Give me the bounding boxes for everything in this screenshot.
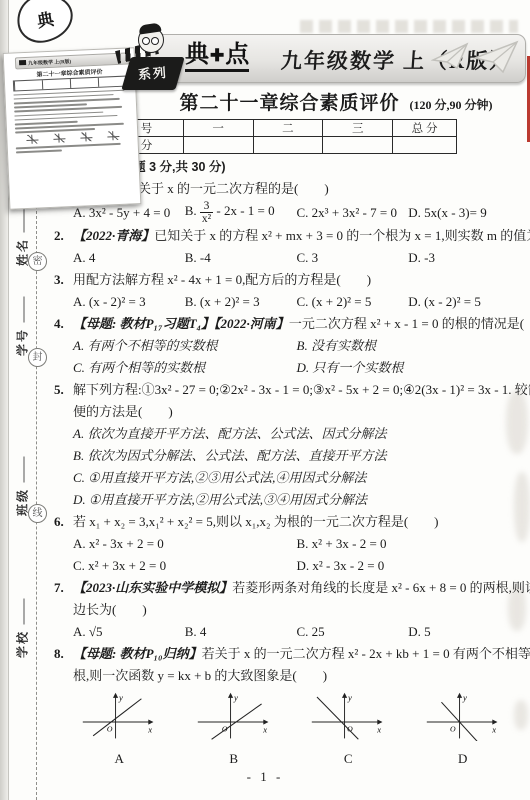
svg-text:O: O [347, 725, 353, 734]
source-tag: 【母题: 教材P₁₇习题T₄】【2022·河南】 [73, 316, 289, 331]
seal-char-xian: 线 [28, 504, 47, 523]
option-d: D. 5x(x - 3)= 9 [408, 202, 520, 224]
graph-d: y x O [406, 691, 521, 748]
option-c: C. x² + 3x + 2 = 0 [73, 555, 297, 577]
svg-text:y: y [233, 693, 238, 703]
question-stem: 2.【2022·青海】已知关于 x 的方程 x² + mx + 3 = 0 的一… [54, 225, 520, 247]
option-a: A. 依次为直接开平方法、配方法、公式法、因式分解法 [54, 423, 520, 445]
options-row: A. √5 B. 4 C. 25 D. 5 [54, 621, 520, 643]
seal-char-mi: 密 [28, 252, 47, 271]
option-c: C. (x + 2)² = 5 [297, 291, 409, 313]
question-5: 5.解下列方程:①3x² - 27 = 0;②2x² - 3x - 1 = 0;… [54, 379, 520, 511]
brand-logo: 典 ✚ 点 [185, 43, 249, 72]
graph-labels-row: A B C D [54, 748, 520, 770]
option-b: B. -4 [185, 247, 297, 269]
source-tag: 【2023·山东实验中学模拟】 [73, 580, 232, 595]
option-c: C. ①用直接开平方法,②③用公式法,④用因式分解法 [54, 467, 520, 489]
options-row: A. x² - 3x + 2 = 0 B. x² + 3x - 2 = 0 [54, 533, 520, 555]
exam-page: 姓名 学号 班级 学校 密 封 线 典 ✚ 点 九年级数学 上（R版） 系列 第… [0, 0, 530, 800]
option-b: B. 依次为因式分解法、公式法、配方法、直接开平方法 [54, 445, 520, 467]
svg-text:y: y [347, 693, 352, 703]
question-stem: 6.若 x₁ + x₂ = 3,x₁² + x₂² = 5,则以 x₁,x₂ 为… [54, 511, 520, 533]
option-a: A. 有两个不相等的实数根 [73, 335, 297, 357]
brand-char-dot: 点 [225, 43, 249, 67]
option-a: A. 4 [73, 247, 185, 269]
score-table: 题 号 一 二 三 总 分 得 分 [95, 119, 457, 154]
svg-text:x: x [491, 725, 496, 735]
graph-a: y x O [62, 691, 177, 748]
question-2: 2.【2022·青海】已知关于 x 的方程 x² + mx + 3 = 0 的一… [54, 225, 520, 269]
ink-bleed-artifact [300, 20, 518, 33]
score-empty-cell [323, 137, 393, 154]
svg-text:x: x [377, 725, 382, 735]
option-b: B. 3x² - 2x - 1 = 0 [185, 200, 297, 225]
brand-cross-icon: ✚ [210, 47, 224, 64]
options-row: A. (x - 2)² = 3 B. (x + 2)² = 3 C. (x + … [54, 291, 520, 313]
option-a: A. √5 [73, 621, 185, 643]
margin-label-class: 班级 [14, 457, 31, 517]
option-b: B. (x + 2)² = 3 [185, 291, 297, 313]
chapter-title: 第二十一章综合素质评价 [179, 93, 399, 114]
graph-c: y x O [291, 691, 406, 748]
score-header-cell: 三 [323, 120, 393, 137]
option-d: D. 只有一个实数根 [297, 357, 521, 379]
page-thumbnail: 九年级数学 上(R版) 第二十一章综合素质评价 [3, 47, 142, 210]
option-c: C. 3 [297, 247, 409, 269]
score-empty-cell [253, 137, 323, 154]
option-d: D. -3 [408, 247, 520, 269]
score-empty-cell [183, 137, 253, 154]
binding-dashed-line [36, 206, 37, 800]
mascot-face-icon [138, 27, 164, 53]
options-row: C. 有两个相等的实数根 D. 只有一个实数根 [54, 357, 520, 379]
option-c: C. 25 [297, 621, 409, 643]
graph-b: y x O [177, 691, 292, 748]
option-a: A. x² - 3x + 2 = 0 [73, 533, 297, 555]
option-c: C. 有两个相等的实数根 [73, 357, 297, 379]
score-header-cell: 二 [253, 120, 323, 137]
question-8: 8.【母题: 教材P₁₀归纳】若关于 x 的一元二次方程 x² - 2x + k… [54, 643, 520, 770]
svg-text:O: O [222, 725, 228, 734]
question-stem: 7.【2023·山东实验中学模拟】若菱形两条对角线的长度是 x² - 6x + … [54, 577, 520, 599]
svg-text:y: y [462, 693, 467, 703]
question-stem: 4.【母题: 教材P₁₇习题T₄】【2022·河南】一元二次方程 x² + x … [54, 313, 520, 335]
margin-label-school: 学校 [14, 599, 31, 659]
paper-plane-icon [473, 38, 519, 78]
svg-text:x: x [148, 725, 153, 735]
question-3: 3.用配方法解方程 x² - 4x + 1 = 0,配方后的方程是( ) A. … [54, 269, 520, 313]
option-a: A. (x - 2)² = 3 [73, 291, 185, 313]
chapter-title-row: 第二十一章综合素质评价 (120 分,90 分钟) [150, 88, 522, 115]
options-row: A. 有两个不相等的实数根 B. 没有实数根 [54, 335, 520, 357]
mascot-speech-bubble: 典 [13, 0, 76, 46]
graph-label-a: A [62, 748, 177, 770]
options-row: C. x² + 3x + 2 = 0 D. x² - 3x - 2 = 0 [54, 555, 520, 577]
question-stem: 5.解下列方程:①3x² - 27 = 0;②2x² - 3x - 1 = 0;… [54, 379, 520, 401]
question-6: 6.若 x₁ + x₂ = 3,x₁² + x₂² = 5,则以 x₁,x₂ 为… [54, 511, 520, 577]
svg-text:O: O [450, 725, 456, 734]
svg-text:y: y [118, 693, 123, 703]
brand-char-dian: 典 [185, 43, 209, 67]
question-area: 一、选择题(每题 3 分,共 30 分) 1.下列方程是关于 x 的一元二次方程… [54, 156, 520, 770]
chapter-title-meta: (120 分,90 分钟) [410, 98, 493, 112]
paper-plane-icon [431, 38, 471, 78]
series-badge: 系列 [121, 57, 184, 90]
graph-label-b: B [177, 748, 292, 770]
margin-label-student-id: 学号 [14, 297, 31, 357]
paper-plane-icons [431, 38, 519, 78]
option-d: D. ①用直接开平方法,②用公式法,③④用因式分解法 [54, 489, 520, 511]
score-header-cell: 一 [183, 120, 253, 137]
graph-label-c: C [291, 748, 406, 770]
option-d: D. x² - 3x - 2 = 0 [297, 555, 521, 577]
question-stem: 3.用配方法解方程 x² - 4x + 1 = 0,配方后的方程是( ) [54, 269, 520, 291]
option-b: B. 没有实数根 [297, 335, 521, 357]
option-b: B. 4 [185, 621, 297, 643]
question-stem-cont: 便的方法是( ) [54, 401, 520, 423]
question-stem-cont: 根,则一次函数 y = kx + b 的大致图象是( ) [54, 665, 520, 687]
option-b: B. x² + 3x - 2 = 0 [297, 533, 521, 555]
option-c: C. 2x³ + 3x² - 7 = 0 [297, 202, 409, 224]
svg-text:x: x [262, 725, 267, 735]
graph-label-d: D [406, 748, 521, 770]
source-tag: 【2022·青海】 [73, 228, 154, 243]
option-d: D. 5 [408, 621, 520, 643]
option-d: D. (x - 2)² = 5 [408, 291, 520, 313]
thumbnail-text-lines [13, 89, 129, 133]
answer-graphs-row: y x O y x O [54, 691, 520, 748]
svg-text:O: O [107, 725, 113, 734]
score-header-cell: 总 分 [393, 120, 457, 137]
options-row: A. 4 B. -4 C. 3 D. -3 [54, 247, 520, 269]
seal-char-feng: 封 [28, 348, 47, 367]
question-4: 4.【母题: 教材P₁₇习题T₄】【2022·河南】一元二次方程 x² + x … [54, 313, 520, 379]
header-banner: 典 ✚ 点 九年级数学 上（R版） [150, 34, 526, 83]
fraction: 3x² [200, 200, 213, 225]
question-stem-cont: 边长为( ) [54, 599, 520, 621]
source-tag: 【母题: 教材P₁₀归纳】 [73, 646, 202, 661]
page-number: - 1 - [0, 769, 530, 785]
score-empty-cell [393, 137, 457, 154]
question-7: 7.【2023·山东实验中学模拟】若菱形两条对角线的长度是 x² - 6x + … [54, 577, 520, 643]
question-stem: 8.【母题: 教材P₁₀归纳】若关于 x 的一元二次方程 x² - 2x + k… [54, 643, 520, 665]
